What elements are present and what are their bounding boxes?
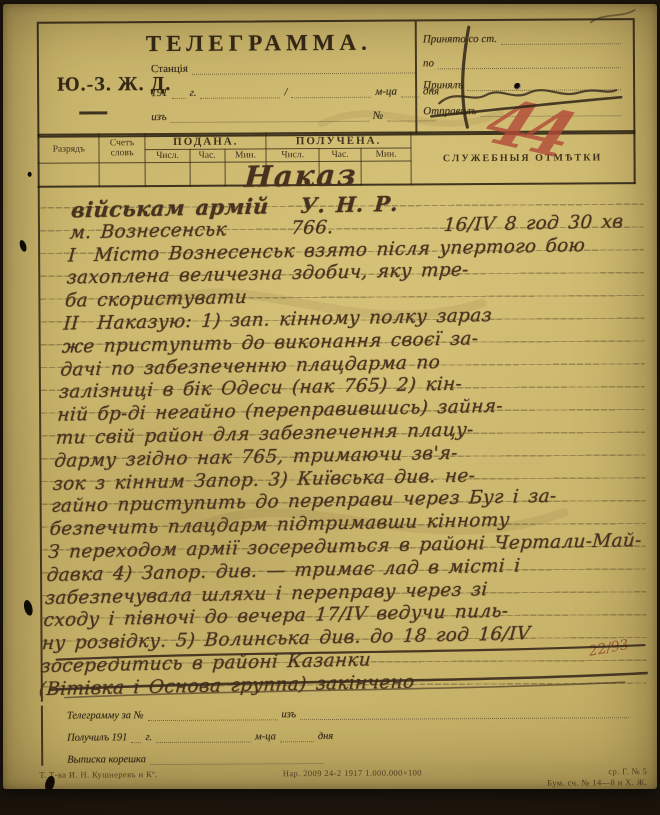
footer-year-label: г. bbox=[145, 732, 152, 743]
message-lines: Наказвійськам армій У. Н. Р.м. Вознесенс… bbox=[38, 178, 658, 702]
blank bbox=[171, 110, 369, 123]
station-row: Станція bbox=[151, 61, 419, 75]
word-count-top: Счетъ bbox=[110, 138, 134, 148]
footer-received-label: Получилъ 191 bbox=[67, 732, 127, 743]
blank bbox=[467, 78, 621, 91]
photo-backdrop: ТЕЛЕГРАММА. Ю.-З. Ж. Д. Станція 191 г. /… bbox=[0, 0, 660, 815]
binding-mark bbox=[28, 172, 32, 177]
origin-row: изъ № bbox=[151, 109, 439, 123]
printer-imprint: Т. Т-ва И. Н. Кушнеревъ и Кº. bbox=[39, 769, 157, 780]
stub-label: Выписка корешка bbox=[67, 754, 146, 765]
print-run-imprint: Нар. 2009 24-2 1917 1.000.000×100 bbox=[283, 767, 422, 778]
submitted-header: ПОДАНА. bbox=[145, 133, 266, 149]
blank bbox=[501, 32, 621, 45]
message-area: Наказвійськам армій У. Н. Р.м. Вознесенс… bbox=[38, 182, 647, 702]
sent-label: Отправилъ bbox=[423, 105, 476, 117]
blank bbox=[150, 752, 323, 765]
footer-month-label: м-ца bbox=[255, 731, 276, 742]
date-row: 191 г. / м-ца дня bbox=[151, 85, 439, 99]
month-label: м-ца bbox=[375, 86, 397, 98]
year-suffix-label: г. bbox=[190, 87, 197, 99]
word-count-bottom: словъ bbox=[111, 148, 134, 158]
form-title: ТЕЛЕГРАММА. bbox=[99, 29, 419, 57]
number-label: № bbox=[373, 110, 383, 122]
submitted-hour-col: Час. bbox=[190, 149, 225, 162]
footer-day-label: дня bbox=[318, 731, 333, 742]
footer-telegram-row: Телеграмму за № изъ bbox=[67, 706, 633, 721]
received-by-row: по bbox=[423, 56, 625, 69]
sheet-content: ТЕЛЕГРАММА. Ю.-З. Ж. Д. Станція 191 г. /… bbox=[1, 2, 660, 791]
year-prefix: 191 bbox=[151, 87, 168, 99]
station-label: Станція bbox=[151, 63, 188, 75]
binding-mark bbox=[18, 239, 27, 252]
station-blank-line bbox=[192, 61, 415, 74]
blank bbox=[401, 85, 419, 97]
word-count-header: Счетъ словъ bbox=[99, 134, 146, 163]
razryad-header: Разрядъ bbox=[38, 134, 98, 163]
blank bbox=[147, 708, 277, 721]
telegram-sheet: ТЕЛЕГРАММА. Ю.-З. Ж. Д. Станція 191 г. /… bbox=[3, 4, 657, 789]
footer-received-row: Получилъ 191 г. м-ца дня bbox=[67, 730, 397, 744]
footer-from-label: изъ bbox=[281, 709, 296, 720]
form-number-imprint: ср. Г. № 5 Бум. сч. № 14—8 и Х. Ж. bbox=[547, 766, 647, 788]
received-from-row: Принято со ст. bbox=[423, 32, 625, 45]
footer-stub-row: Выписка корешка bbox=[67, 752, 327, 766]
blank bbox=[280, 730, 314, 742]
blank bbox=[300, 706, 629, 720]
telegram-no-label: Телеграмму за № bbox=[67, 710, 144, 721]
paper-account: Бум. сч. № 14—8 и Х. Ж. bbox=[547, 777, 647, 788]
railway-underline bbox=[79, 111, 107, 114]
blank bbox=[201, 86, 281, 98]
blank bbox=[131, 731, 141, 743]
accepted-label: Принялъ bbox=[423, 79, 463, 91]
by-label: по bbox=[423, 57, 434, 69]
binding-mark bbox=[22, 599, 34, 616]
imprint-row: Т. Т-ва И. Н. Кушнеревъ и Кº. Нар. 2009 … bbox=[39, 766, 647, 791]
received-header: ПОЛУЧЕНА. bbox=[266, 133, 411, 149]
blank bbox=[291, 86, 371, 98]
received-from-label: Принято со ст. bbox=[423, 33, 497, 45]
blank bbox=[172, 87, 186, 99]
from-label: изъ bbox=[151, 111, 166, 123]
form-series: ср. Г. № 5 bbox=[608, 766, 647, 776]
blank bbox=[156, 730, 251, 743]
blank bbox=[438, 56, 621, 69]
paper-hole bbox=[514, 83, 521, 90]
slash: / bbox=[284, 86, 287, 98]
submitted-date-col: Числ. bbox=[145, 149, 189, 162]
footer-block: Телеграмму за № изъ Получилъ 191 г. м-ца… bbox=[41, 702, 639, 766]
